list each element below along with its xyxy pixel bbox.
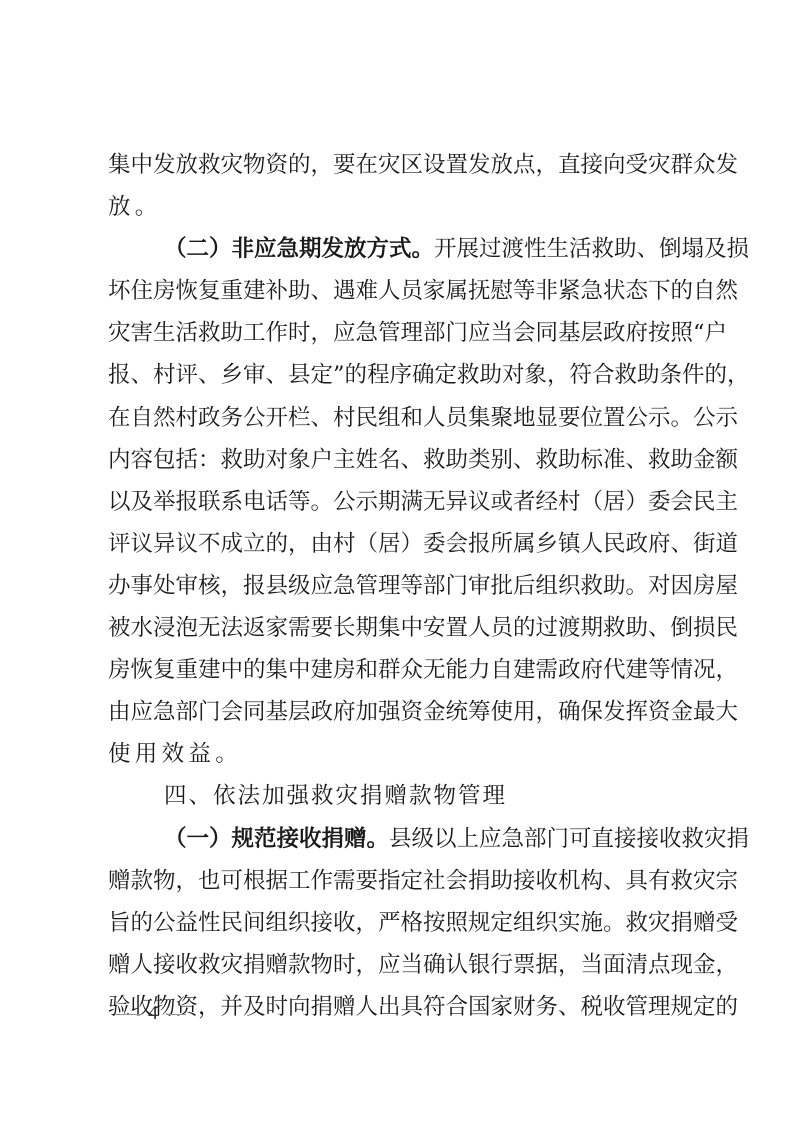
- text-line: 使用效益。: [108, 733, 694, 775]
- text-line: 内容包括：救助对象户主姓名、救助类别、救助标准、救助金额: [108, 439, 694, 481]
- text-line: 坏住房恢复重建补助、遇难人员家属抚慰等非紧急状态下的自然: [108, 270, 694, 312]
- dash-decoration: [120, 1014, 140, 1016]
- section-heading: （二）非应急期发放方式。: [164, 236, 434, 262]
- text-line: 评议异议不成立的，由村（居）委会报所属乡镇人民政府、街道: [108, 523, 694, 565]
- document-body: 集中发放救灾物资的，要在灾区设置发放点，直接向受灾群众发 放。 （二）非应急期发…: [108, 144, 694, 1028]
- page-number: 4: [112, 1002, 194, 1025]
- text-line: 验收物资，并及时向捐赠人出具符合国家财务、税收管理规定的: [108, 986, 694, 1028]
- text-line: （二）非应急期发放方式。开展过渡性生活救助、倒塌及损: [108, 228, 694, 270]
- text-line: 由应急部门会同基层政府加强资金统筹使用，确保发挥资金最大: [108, 691, 694, 733]
- section-heading: （一）规范接收捐赠。: [164, 826, 389, 852]
- text-line: 房恢复重建中的集中建房和群众无能力自建需政府代建等情况，: [108, 649, 694, 691]
- text-line: 赠款物，也可根据工作需要指定社会捐助接收机构、具有救灾宗: [108, 860, 694, 902]
- page-number-value: 4: [148, 1002, 158, 1024]
- text-line: 赠人接收救灾捐赠款物时，应当确认银行票据，当面清点现金，: [108, 944, 694, 986]
- text-line: 放。: [108, 186, 694, 228]
- text-line: 灾害生活救助工作时，应急管理部门应当会同基层政府按照“户: [108, 312, 694, 354]
- text-line: 办事处审核，报县级应急管理等部门审批后组织救助。对因房屋: [108, 565, 694, 607]
- dash-decoration: [166, 1014, 186, 1016]
- text-line: 集中发放救灾物资的，要在灾区设置发放点，直接向受灾群众发: [108, 144, 694, 186]
- text-line: （一）规范接收捐赠。县级以上应急部门可直接接收救灾捐: [108, 818, 694, 860]
- text-span: 县级以上应急部门可直接接收救灾捐: [389, 826, 749, 852]
- text-line: 被水浸泡无法返家需要长期集中安置人员的过渡期救助、倒损民: [108, 607, 694, 649]
- text-line: 旨的公益性民间组织接收，严格按照规定组织实施。救灾捐赠受: [108, 902, 694, 944]
- text-line: 以及举报联系电话等。公示期满无异议或者经村（居）委会民主: [108, 481, 694, 523]
- text-span: 开展过渡性生活救助、倒塌及损: [434, 236, 749, 262]
- chapter-heading: 四、依法加强救灾捐赠款物管理: [108, 775, 694, 817]
- text-line: 报、村评、乡审、县定”的程序确定救助对象，符合救助条件的，: [108, 354, 694, 396]
- text-line: 在自然村政务公开栏、村民组和人员集聚地显要位置公示。公示: [108, 397, 694, 439]
